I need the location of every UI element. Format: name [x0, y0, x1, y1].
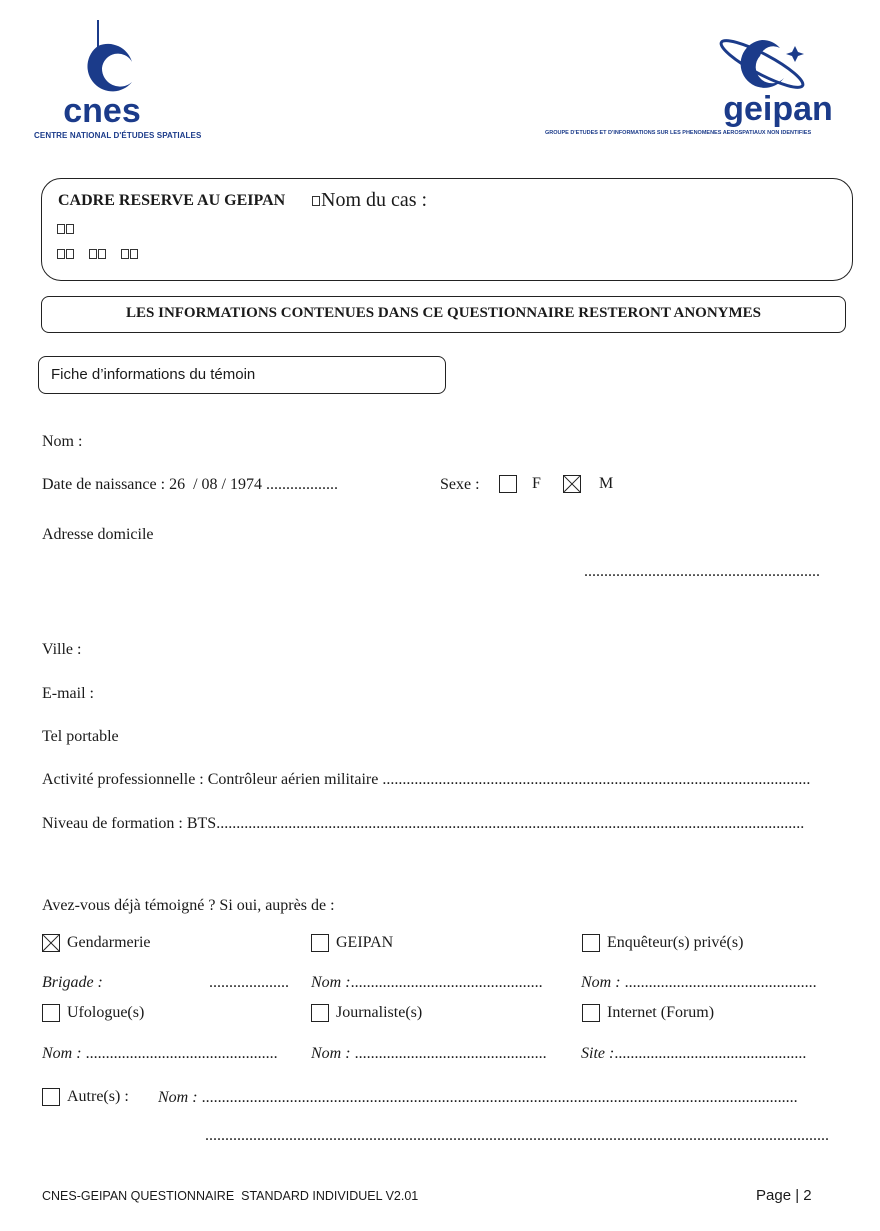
- missing-glyph-icon: [89, 249, 97, 259]
- journaliste-nom-field[interactable]: Nom : ..................................…: [311, 1045, 561, 1063]
- formation-value: BTS: [187, 815, 216, 832]
- testimony-question: Avez-vous déjà témoigné ? Si oui, auprès…: [42, 897, 335, 915]
- option-ufologue-label: Ufologue(s): [67, 1004, 144, 1021]
- checkbox-internet[interactable]: [582, 1004, 600, 1022]
- tel-label: Tel portable: [42, 728, 119, 745]
- cnes-logo: cnes: [30, 18, 180, 143]
- anonymity-notice: LES INFORMATIONS CONTENUES DANS CE QUEST…: [41, 305, 846, 322]
- checkbox-ufologue[interactable]: [42, 1004, 60, 1022]
- option-gendarmerie-label: Gendarmerie: [67, 934, 151, 951]
- birth-date-label: Date de naissance :: [42, 476, 165, 493]
- placeholder-glyphs-row: [57, 220, 75, 238]
- activite-dots: ........................................…: [382, 771, 810, 788]
- address-dots[interactable]: ........................................…: [584, 563, 820, 581]
- missing-glyph-icon: [312, 196, 320, 206]
- nom-label: Nom :: [42, 433, 82, 450]
- ville-field[interactable]: Ville :: [42, 641, 81, 659]
- checkbox-autre[interactable]: [42, 1088, 60, 1106]
- brigade-label: Brigade :: [42, 974, 103, 992]
- sexe-label: Sexe :: [440, 476, 480, 494]
- missing-glyph-icon: [66, 249, 74, 259]
- missing-glyph-icon: [66, 224, 74, 234]
- checkbox-gendarmerie-checked[interactable]: [42, 934, 60, 952]
- email-label: E-mail :: [42, 685, 94, 702]
- cnes-tagline: CENTRE NATIONAL D'ÉTUDES SPATIALES: [34, 131, 201, 140]
- cnes-logo-text: cnes: [63, 92, 141, 130]
- case-name-label: Nom du cas :: [321, 189, 427, 211]
- geipan-logo-text: geipan: [723, 90, 833, 128]
- checkbox-journaliste[interactable]: [311, 1004, 329, 1022]
- checkbox-enqueteur[interactable]: [582, 934, 600, 952]
- checkbox-geipan[interactable]: [311, 934, 329, 952]
- case-name-field[interactable]: Nom du cas :: [312, 189, 427, 212]
- checkbox-m-checked[interactable]: [563, 475, 581, 493]
- option-journaliste[interactable]: Journaliste(s): [311, 1004, 422, 1022]
- checkbox-f[interactable]: [499, 475, 517, 493]
- geipan-nom-field[interactable]: Nom :...................................…: [311, 974, 561, 992]
- birth-date-field[interactable]: Date de naissance : 26 / 08 / 1974 .....…: [42, 476, 338, 494]
- nom-field[interactable]: Nom :: [42, 433, 82, 451]
- formation-dots: ........................................…: [216, 815, 804, 832]
- option-enqueteur-label: Enquêteur(s) privé(s): [607, 934, 743, 951]
- enqueteur-nom-field[interactable]: Nom : ..................................…: [581, 974, 831, 992]
- activite-field[interactable]: Activité professionnelle : Contrôleur aé…: [42, 771, 834, 789]
- option-gendarmerie[interactable]: Gendarmerie: [42, 934, 151, 952]
- footer-document-title: CNES-GEIPAN QUESTIONNAIRE STANDARD INDIV…: [42, 1189, 418, 1203]
- option-autre[interactable]: Autre(s) :: [42, 1088, 129, 1106]
- geipan-tagline: GROUPE D'ETUDES ET D'INFORMATIONS SUR LE…: [545, 130, 840, 136]
- option-geipan[interactable]: GEIPAN: [311, 934, 393, 952]
- activite-value: Contrôleur aérien militaire: [208, 771, 379, 788]
- ufologue-nom-field[interactable]: Nom : ..................................…: [42, 1045, 294, 1063]
- tel-field[interactable]: Tel portable: [42, 728, 119, 746]
- option-ufologue[interactable]: Ufologue(s): [42, 1004, 144, 1022]
- email-field[interactable]: E-mail :: [42, 685, 94, 703]
- birth-date-dots: ..................: [266, 476, 338, 493]
- missing-glyph-icon: [98, 249, 106, 259]
- sexe-option-f[interactable]: F: [499, 475, 541, 493]
- address-label: Adresse domicile: [42, 526, 154, 544]
- placeholder-glyphs-row: [57, 245, 153, 263]
- option-enqueteur[interactable]: Enquêteur(s) privé(s): [582, 934, 743, 952]
- missing-glyph-icon: [57, 224, 65, 234]
- ville-label: Ville :: [42, 641, 81, 658]
- section-title: Fiche d’informations du témoin: [51, 366, 255, 383]
- autre-nom-dots-line2[interactable]: ........................................…: [205, 1127, 830, 1145]
- footer-page-number: Page | 2: [756, 1187, 812, 1204]
- autre-nom-field[interactable]: Nom : ..................................…: [158, 1089, 830, 1107]
- activite-label: Activité professionnelle :: [42, 771, 204, 788]
- missing-glyph-icon: [57, 249, 65, 259]
- sexe-option-f-label: F: [532, 475, 541, 492]
- option-autre-label: Autre(s) :: [67, 1088, 129, 1105]
- missing-glyph-icon: [121, 249, 129, 259]
- sexe-option-m-label: M: [599, 475, 613, 492]
- birth-date-value: 26 / 08 / 1974: [169, 476, 262, 493]
- option-internet[interactable]: Internet (Forum): [582, 1004, 714, 1022]
- option-journaliste-label: Journaliste(s): [336, 1004, 422, 1021]
- geipan-logo: geipan: [700, 30, 845, 130]
- option-geipan-label: GEIPAN: [336, 934, 393, 951]
- reserve-box-title: CADRE RESERVE AU GEIPAN: [58, 192, 285, 210]
- missing-glyph-icon: [130, 249, 138, 259]
- brigade-dots[interactable]: ....................: [209, 974, 289, 992]
- sexe-option-m[interactable]: M: [563, 475, 613, 493]
- internet-site-field[interactable]: Site :..................................…: [581, 1045, 831, 1063]
- formation-label: Niveau de formation :: [42, 815, 183, 832]
- option-internet-label: Internet (Forum): [607, 1004, 714, 1021]
- formation-field[interactable]: Niveau de formation : BTS...............…: [42, 815, 834, 833]
